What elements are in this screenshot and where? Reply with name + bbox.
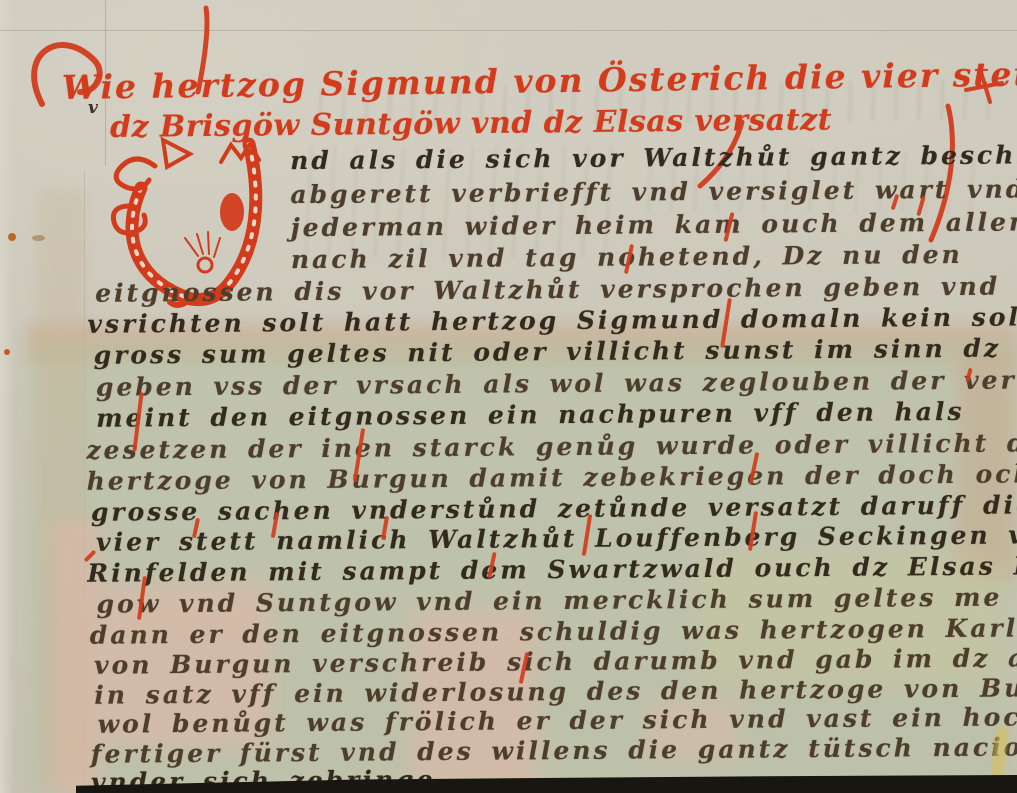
text-line: fertiger fürst vnd des willens die gantz… (91, 732, 1017, 768)
text-line: vsrichten solt hatt hertzog Sigmund doma… (87, 302, 1017, 339)
ink-fleck (32, 235, 45, 241)
text-line: gross sum geltes nit oder villicht sunst… (94, 333, 1017, 370)
ink-fleck (8, 233, 16, 241)
text-line: geben vss der vrsach als wol was zegloub… (96, 365, 1017, 401)
text-line: Rinfelden mit sampt dem Swartzwald ouch … (87, 551, 1017, 588)
text-line: nd als die sich vor Waltzhůt gantz besch… (290, 140, 1017, 175)
text-line: zesetzen der inen starck genůg wurde ode… (86, 428, 1017, 465)
text-line: abgerett verbriefft vnd versiglet wart v… (290, 174, 1017, 209)
manuscript-page: Wie hertzog Sigmund von Österich die vie… (0, 0, 1017, 793)
text-line: meint den eitgnossen ein nachpuren vff d… (96, 397, 965, 433)
ink-fleck (4, 349, 10, 355)
text-line: gow vnd Suntgow vnd ein mercklich sum ge… (96, 583, 1002, 619)
body-text-block: nd als die sich vor Waltzhůt gantz besch… (0, 0, 1017, 793)
text-line: jederman wider heim kam ouch dem allen (291, 207, 1017, 242)
text-line: eitgnossen dis vor Waltzhůt versprochen … (95, 272, 1000, 308)
text-line: hertzoge von Burgun damit zebekriegen de… (87, 459, 1017, 495)
